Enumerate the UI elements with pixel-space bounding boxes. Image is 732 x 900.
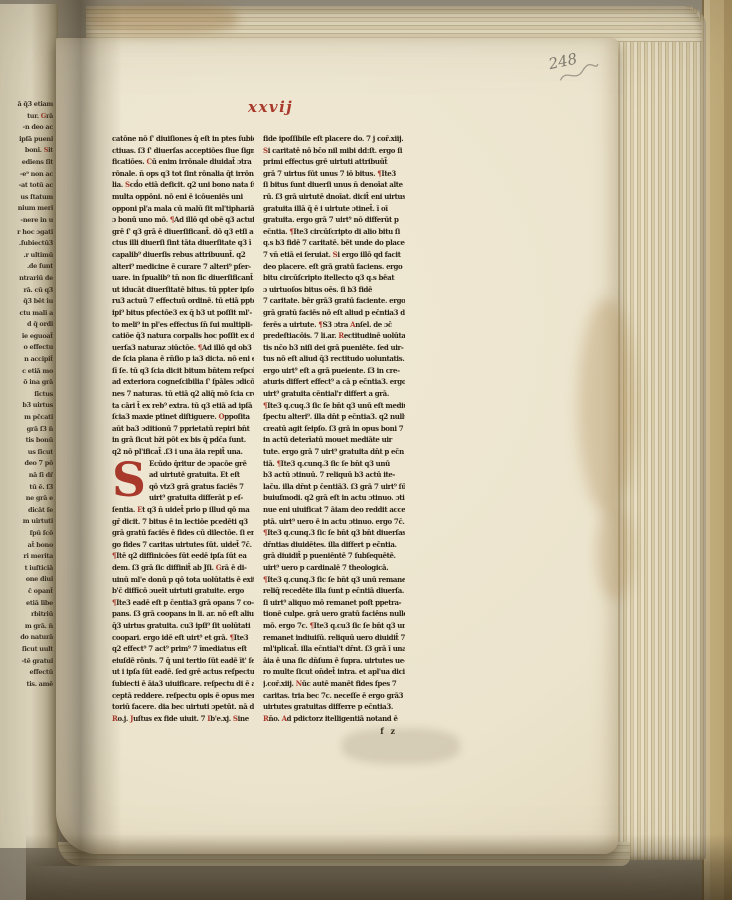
text-line: in actū deterīatū mouet mediāte uir	[263, 434, 405, 446]
text-line: tute. ergo grā 7 uirt⁹ gratuita dn̄t p e…	[263, 446, 405, 458]
chapter-numeral-heading: xxvij	[248, 98, 293, 116]
text-line: nue eni uiuificat 7 āiam deo reddit acce…	[263, 504, 405, 516]
text-line: opponi pl'a mala cū malū ſit ml'tiphariā…	[112, 203, 254, 215]
text-line: ctus illi diuerſi ſint tāta diuerſitate …	[112, 237, 254, 249]
text-line: m grā. n̄	[1, 621, 53, 633]
text-line: c̄ opant̄	[1, 586, 53, 598]
text-line: Rn̄o. Ad pdictorz itelligentiā notand ē	[263, 713, 405, 725]
text-line: Si caritatē nō bc̄o nil mibi dd:ſt. ergo…	[263, 145, 405, 157]
text-line: tis. amē	[1, 679, 53, 691]
text-line: ā q̄3 etiam	[1, 99, 53, 111]
text-line: ru3 actuū 7 effectuū ordinē. tū etiā ppt…	[112, 295, 254, 307]
folio-pencil-number: 248	[547, 45, 603, 89]
text-line: uirtutes gratuitas differre p ec̄ntia3.	[263, 701, 405, 713]
text-line: grā diuidit̄ p pueniēntē 7 ſubſequētē.	[263, 550, 405, 562]
text-line: uirt⁹ uero p cardinalē 7 theologicā.	[263, 562, 405, 574]
text-line: tū ē. ſ3	[1, 482, 53, 494]
text-line: ec̄ntia. ¶Ite3 circūſcripto di alio bitu…	[263, 226, 405, 238]
text-line: uerſa3 naturaz ɔiūctōe. ¶Ad illō qd ob3	[112, 342, 254, 354]
text-line: ml'iplicat̄. illa ec̄ntial't dr̄nt. ſ3 g…	[263, 643, 405, 655]
text-line: rā. cū q3	[1, 285, 53, 297]
text-line: at̄ bono	[1, 540, 53, 552]
text-line: ¶Ite3 q.cunq.3 ſic ſe bn̄t q3 unū remane…	[263, 574, 405, 586]
text-line: tionē culpe. grā uero gratū faciēns null…	[263, 608, 405, 620]
text-line: catōne nō ſ' diuiſiones q̄ eſt in ptes ſ…	[112, 133, 254, 145]
text-line: gratuita illā q̄ ē i uirtute ɔtinet̄. ī …	[263, 203, 405, 215]
text-line: ie eguoat̄	[1, 331, 53, 343]
left-column: catōne nō ſ' diuiſiones q̄ eſt in ptes ſ…	[112, 133, 254, 724]
text-line: ferēs a uirtute. ¶S3 ɔtra Anſel. de ɔc̄	[263, 319, 405, 331]
text-line: at totū ac-	[1, 180, 53, 192]
text-line: catiōe q̄3 natura corpalis hoc poſſit ex…	[112, 330, 254, 342]
text-line: mō. ergo 7c. ¶Ite3 q.cu3 ſic ſe bn̄t q3 …	[263, 620, 405, 632]
text-line: ō ina grā	[1, 377, 53, 389]
text-line: m uirtuti	[1, 516, 53, 528]
text-line: c etiā mo	[1, 366, 53, 378]
text-line: ne grā e	[1, 493, 53, 505]
text-line: j.cor̄.xiij. Nūc autē manēt fides ſpes 7	[263, 678, 405, 690]
text-line: ficatiōes. Cū enim irrōnale diuidat̄ ɔtr…	[112, 156, 254, 168]
text-line: ergo uirt⁹ eſt a grā pueiente. ſ3 in cre…	[263, 365, 405, 377]
text-line: m pc̄cati	[1, 412, 53, 424]
text-line: ſcia3 maxie ptinet diſtiguere. Oppoſita	[112, 411, 254, 423]
text-line: q.s b3 fidē 7 caritatē. bēt unde do plac…	[263, 237, 405, 249]
text-line: r ultimū.	[1, 250, 53, 262]
text-line: d q̄ ordi	[1, 319, 53, 331]
text-line: aturis differt effect⁹ a cā p ec̄ntia3. …	[263, 376, 405, 388]
text-line: nere in u-	[1, 215, 53, 227]
text-line: lia. Scd́o etiā deficit. q2 uni bono nat…	[112, 179, 254, 191]
text-line: us ſtatum	[1, 192, 53, 204]
text-line: remanet indiuiſū. reliquū uero diuidit̄ …	[263, 632, 405, 644]
text-line: rōnale. n̄ ops q3 tot ſint rōnalia q̄t i…	[112, 168, 254, 180]
text-line: predeſtiacōis. 7 li.ar. Rectitudinē uolū…	[263, 330, 405, 342]
text-line: o effectu	[1, 342, 53, 354]
text-line: tis bonū	[1, 435, 53, 447]
facing-page-text-fragments: ā q̄3 etiamtur. Grān deo ac-ipſā puenibo…	[1, 99, 53, 690]
text-line: ¶Itē q2 diffinicōes ſūt eedē ipſa ſūt ea	[112, 550, 254, 562]
text-line: ta cāri t̄ ex reb⁹ extra. tū q3 etiā ad …	[112, 400, 254, 412]
text-line: tur. Grā	[1, 111, 53, 123]
text-line: b'c̄ diffīcō ɔueīt uirtuti gratuite. erg…	[112, 585, 254, 597]
text-line: primi effectus grē uirtuti attribuūt̄	[263, 156, 405, 168]
text-line: reliq̄ recedēte illa ſunt p ec̄ntiā diue…	[263, 585, 405, 597]
text-line: alteri⁹ medicine ē curare 7 alteri⁹ pſer…	[112, 261, 254, 273]
text-line: ¶Ite3 q.cunq.3 ſic ſe bn̄t q3 bn̄t diuer…	[263, 527, 405, 539]
text-line: boni. Sit	[1, 145, 53, 157]
text-line: nā ſi dr̄	[1, 470, 53, 482]
text-line: aūt ba3 ɔditionū 7 pprietatū repiri bn̄t	[112, 423, 254, 435]
text-line: grā gratū faciēs nō eſt aliud p ec̄ntia3…	[263, 307, 405, 319]
text-line: rbitriū	[1, 609, 53, 621]
text-line: ntrariū de	[1, 273, 53, 285]
text-line: bitu circūſcripto itellecto q3 q.s bēat	[263, 272, 405, 284]
text-line: ɔ uirtuoſos bitus oēs. ſi b3 fidē	[263, 284, 405, 296]
text-line: ſpectu alteri⁹. illa dn̄t p ec̄ntia3. q2…	[263, 411, 405, 423]
text-line: Ro.j. Juſtus ex fide uiuit. 7 Ib'e.xj. S…	[112, 713, 254, 725]
text-line: do naturā	[1, 632, 53, 644]
text-line: nium meri	[1, 203, 53, 215]
text-line: ſpū ſcō	[1, 528, 53, 540]
text-line: one diui	[1, 574, 53, 586]
text-line: multa oppōni. nō eni ē icōueniēs uni	[112, 191, 254, 203]
text-line: ctiuas. ſ3 ſ' diuerſas acceptiōes ſiue ſ…	[112, 145, 254, 157]
text-line: q̄3 uirtus gratuita. cu3 ipſi⁹ ſit uolūt…	[112, 620, 254, 632]
drop-cap-paragraph: SEcūdo q̄ritur de ɔpacōe grēad uirtutē g…	[112, 458, 254, 504]
text-line: ipſā pueni	[1, 134, 53, 146]
text-line: grē ſ' q3 grā ē diuerſificant̄. dō q3 et…	[112, 226, 254, 238]
text-line: to meli⁹ in pl'es effectus ſn̄ ſui multi…	[112, 319, 254, 331]
text-line: n accipit̄	[1, 354, 53, 366]
text-line: ad exteriora cogneſcibilia ſ' ſpāles ɔdi…	[112, 376, 254, 388]
text-line: ediens ſit	[1, 157, 53, 169]
text-line: ſicut uult	[1, 644, 53, 656]
text-line: grā gratū faciēs ē fides cū dilectōe. ſi…	[112, 527, 254, 539]
text-line: deo placere. eſt grā gratū faciens. ergo	[263, 261, 405, 273]
text-line: b3 actū ɔtinuū. 7 reliquū b3 actū ite-	[263, 469, 405, 481]
text-line: eiuſdē rōnis. 7 q̄ uni tertio ſūt eadē ī…	[112, 655, 254, 667]
text-line: buiuſmodi. q2 grā eſt in actu ɔtinuo. ɔt…	[263, 492, 405, 504]
text-line: tē gratui-	[1, 656, 53, 668]
text-line: uirt⁹ gratuita cēntial'r differt a grā.	[263, 388, 405, 400]
recto-page: 248 xxvij catōne nō ſ' diuiſiones q̄ eſt…	[56, 38, 618, 854]
text-line: ut i ipſa ſūt eadē. ſed grē actus reſpec…	[112, 666, 254, 678]
text-line: lac̄u. illa dr̄nt p c̄entiā3. ſ3 grā 7 u…	[263, 481, 405, 493]
text-line: b3 uirtus	[1, 400, 53, 412]
signature-mark: f z	[263, 726, 397, 736]
text-line: tus nō eſt aliud q̄3 rectitudo uoluntati…	[263, 353, 405, 365]
text-line: dem. ſ3 grā ſic diffinit̄ ab Jſi. Grā ē …	[112, 562, 254, 574]
text-line: e⁹ non ac-	[1, 169, 53, 181]
text-line: nes 7 naturas. tū etiā q2 aliq̄ mō ſcia …	[112, 388, 254, 400]
top-edge-page-stack	[86, 6, 702, 42]
text-line: dr̄ntias diuidētes. illa differt p ec̄nt…	[263, 539, 405, 551]
text-line: dicāt ſe	[1, 505, 53, 517]
text-line: r hoc ɔgati	[1, 227, 53, 239]
text-line: rū. ſ3 grā uirtutē dnoīat. dicit̄ eni ui…	[263, 191, 405, 203]
text-line: ſi uirt⁹ aliquo mō remanet poſt ppetra-	[263, 597, 405, 609]
text-line: āia ē una ſic dn̄ſum ē ſupra. uirtutes u…	[263, 655, 405, 667]
facing-page-sliver: ā q̄3 etiamtur. Grān deo ac-ipſā puenibo…	[0, 4, 58, 848]
text-line: caritas. tria bec 7c. neceſſe ē ergo grā…	[263, 690, 405, 702]
text-line: effectū	[1, 667, 53, 679]
text-line: tis nc̄o b3 niſi dei grā pueniēte. ſed u…	[263, 342, 405, 354]
text-line: q2 effect⁹ 7 act⁹ prim⁹ 7 īmediatus eſt	[112, 643, 254, 655]
text-line: ceptā reddere. reſpectu opis ē opus meri	[112, 690, 254, 702]
vellum-cover-edge	[702, 0, 732, 900]
text-line: coopari. ergo idē eſt uirt⁹ et grā. ¶Ite…	[112, 632, 254, 644]
text-line: grā 7 uirtus ſūt unus 7 iō bitus. ¶Ite3	[263, 168, 405, 180]
text-line: go fides 7 caritas uirtutes ſūt. uidet̄ …	[112, 539, 254, 551]
text-line: us ſicut	[1, 447, 53, 459]
text-line: ſubiecti ē āia3 uiuificare. reſpectu di …	[112, 678, 254, 690]
text-line: creatū agit ſeipſo. ſ3 grā in opus boni …	[263, 423, 405, 435]
text-line: uare. in ſpualib⁹ tn̄ non ſic diuerſific…	[112, 272, 254, 284]
text-line: ɔ bonū uno mō. ¶Ad illō qd obē q3 actuſ	[112, 214, 254, 226]
text-line: ſictus	[1, 389, 53, 401]
text-line: ¶Ite3 eadē eſt p c̄entia3 grā opans 7 co…	[112, 597, 254, 609]
text-line: ut iducāt diuerſitatē bitus. tū ppter ip…	[112, 284, 254, 296]
text-line: ri merita	[1, 551, 53, 563]
fore-edge-page-stack	[606, 6, 706, 860]
text-line: ſī ſe. tū q3 ſcia dicit bitum bn̄tem reſ…	[112, 365, 254, 377]
right-column: fide ipoſſibile eſt placere do. 7 j cor̄…	[263, 133, 405, 724]
text-line: t iuſticiā	[1, 563, 53, 575]
text-line: grā ſ3 n̄	[1, 424, 53, 436]
text-line: fide ipoſſibile eſt placere do. 7 j cor̄…	[263, 133, 405, 145]
text-line: ¶Ite3 q.cuq.3 ſic ſe bn̄t q3 unū eſt med…	[263, 400, 405, 412]
text-line: ipi⁹ bitus pfectōe3 ex q̄ b3 ut poſſit m…	[112, 307, 254, 319]
text-line: gratuita. ergo grā 7 uirt⁹ nō differūt p	[263, 214, 405, 226]
photo-of-open-book: ā q̄3 etiamtur. Grān deo ac-ipſā puenibo…	[0, 0, 732, 900]
text-line: ro multe ſicut on̄det̄ intra. et apl'ua …	[263, 666, 405, 678]
text-line: q̄3 bēt iu	[1, 296, 53, 308]
text-line: 7 caritate. bēr grā3 gratū faciente. erg…	[263, 295, 405, 307]
text-line: in grā ſicut bz̄i pōt ex bis q̄ pdc̄a ſu…	[112, 434, 254, 446]
text-line: 7 vn̄ etiā ei ſeruiat. Si ergo illō qd f…	[263, 249, 405, 261]
text-line: pans. ſ3 grā coopans in li. ar. nō eſt a…	[112, 608, 254, 620]
text-line: uinū ml'e donū p qō tota uolūtatis ē exi…	[112, 574, 254, 586]
text-line: etiā libe	[1, 598, 53, 610]
text-line: ptā. uirt⁹ uero ē in actu ɔtinuo. ergo 7…	[263, 516, 405, 528]
text-line: ſubiectū3.	[1, 238, 53, 250]
text-line: ctu mali a	[1, 308, 53, 320]
text-line: n deo ac-	[1, 122, 53, 134]
text-line: de ſcia plana ē rn̄ſio p ia3 dicta. nō e…	[112, 353, 254, 365]
text-line: tiā. ¶Ite3 q.cunq.3 ſic ſe bn̄t q3 unū	[263, 458, 405, 470]
drop-cap-initial: S	[112, 459, 146, 503]
text-line: deo 7 pō	[1, 458, 53, 470]
text-line: capalib⁹ diuerſis rebus attribuunt̄. q2	[112, 249, 254, 261]
text-line: toriū facere. dia bec uirtuti ɔpetūt. nā…	[112, 701, 254, 713]
text-line: gr̄ dicit. 7 bitus ē in lectiōe pcedēti …	[112, 516, 254, 528]
text-line: ſi bitus ſunt diuerſi unus n̄ denoīat al…	[263, 179, 405, 191]
text-line: de ſunt.	[1, 261, 53, 273]
